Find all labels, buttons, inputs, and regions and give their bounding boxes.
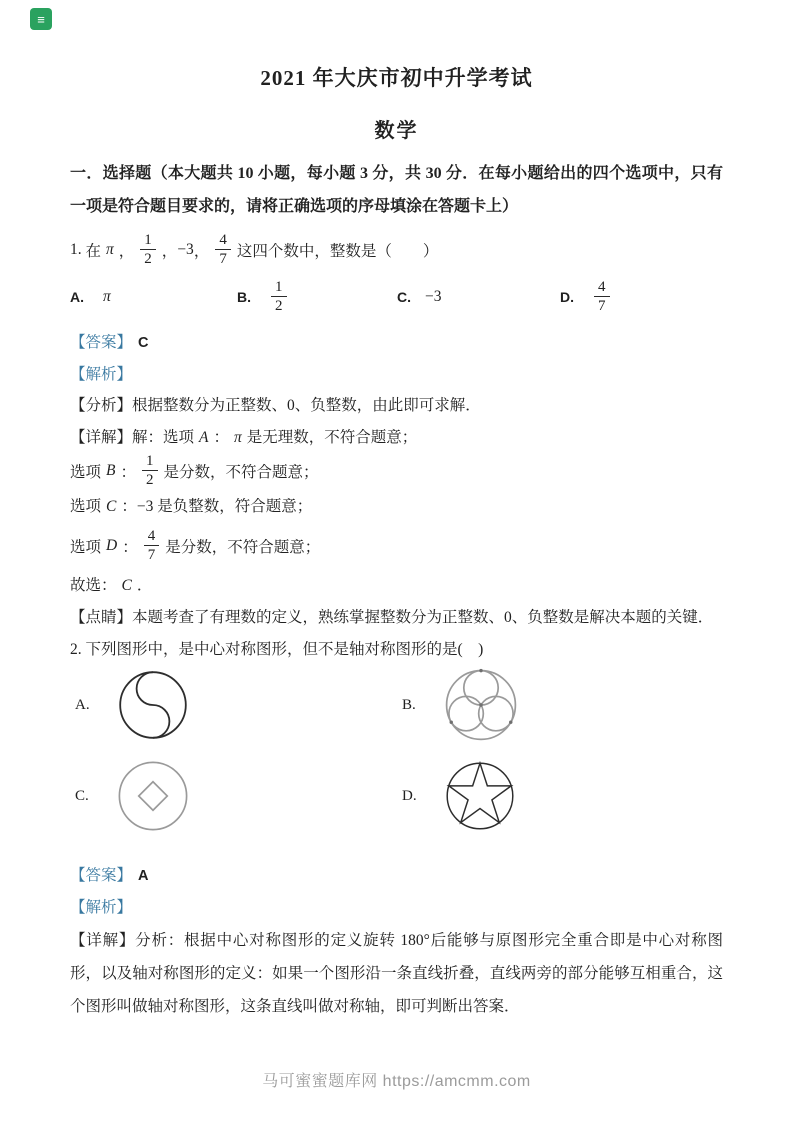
guxuan-var: C [122, 577, 132, 594]
q2-detail-paragraph: 【详解】分析：根据中心对称图形的定义旋转 180°后能够与原图形完全重合即是中心… [70, 924, 723, 1023]
q2-figure-row-1: A. B. [70, 662, 723, 748]
q1-minus-three: −3 [177, 241, 194, 259]
answer-tag: 【答案】 [70, 867, 132, 884]
q1-option-b: B. 1 2 [237, 278, 397, 315]
q1-option-c: C. −3 [397, 288, 560, 306]
q1-number: 1. [70, 241, 82, 259]
fraction-denominator: 2 [140, 250, 156, 268]
q1-detail-line-a: 【详解】解：选项A：π是无理数，不符合题意； [70, 426, 723, 450]
option-d-label: D. [560, 289, 574, 305]
figure-c-label: C. [75, 788, 89, 805]
q1-stem-pre: 在 [82, 239, 101, 261]
exam-document-page: ≡ 2021 年大庆市初中升学考试 数学 一．选择题（本大题共 10 小题，每小… [0, 0, 793, 1122]
jiexi-tag: 【解析】 [70, 366, 132, 383]
trefoil-figure [438, 662, 524, 748]
q2-jiexi-line: 【解析】 [70, 896, 723, 920]
q1-line-b-var: B [106, 462, 115, 480]
question-2-stem: 2. 下列图形中，是中心对称图形，但不是轴对称图形的是( ) [70, 638, 723, 662]
option-d-fraction: 4 7 [594, 278, 610, 315]
q1-line-d-var: D [106, 537, 117, 555]
q2-figure-c: C. [70, 754, 397, 838]
dianjing-tag: 【点睛】 [70, 609, 132, 626]
q1-line-d-colon: ： [122, 535, 138, 557]
q1-fenxi-line: 【分析】根据整数分为正整数、0、负整数，由此即可求解． [70, 394, 723, 418]
s-curve [136, 672, 169, 738]
top-dot [479, 669, 482, 672]
q1-line-c-rest: 是负整数，符合题意； [153, 498, 312, 515]
q1-conclusion-line: 故选：C． [70, 574, 723, 598]
q1-comma3: ， [194, 239, 210, 261]
fraction-denominator: 7 [215, 250, 231, 268]
site-footer: 马可蜜蜜题库网 https://amcmm.com [0, 1068, 793, 1091]
q1-dianjing-line: 【点睛】本题考查了有理数的定义，熟练掌握整数分为正整数、0、负整数是解决本题的关… [70, 606, 723, 630]
fenxi-tag: 【分析】 [70, 397, 132, 414]
q1-line-c-var: C [106, 498, 116, 515]
fraction-numerator: 4 [144, 527, 160, 546]
option-b-fraction: 1 2 [271, 278, 287, 315]
q1-detail-line-d: 选项 D ： 4 7 是分数，不符合题意； [70, 527, 723, 564]
q1-stem-post: 这四个数中，整数是（ ） [237, 239, 439, 261]
center-dot [479, 703, 482, 706]
q1-line-b-rest: 是分数，不符合题意； [164, 460, 319, 482]
page-title: 2021 年大庆市初中升学考试 [70, 0, 723, 92]
q1-fenxi-text: 根据整数分为正整数、0、负整数，由此即可求解． [132, 397, 481, 414]
fraction-denominator: 2 [271, 297, 287, 315]
fraction-denominator: 2 [142, 471, 158, 489]
outer-circle [447, 763, 513, 829]
fraction-denominator: 7 [594, 297, 610, 315]
q1-fraction-one-half: 1 2 [140, 231, 156, 268]
q1-option-d: D. 4 7 [560, 278, 616, 315]
q1-line-a-pre: 解：选项 [132, 429, 194, 446]
q2-answer-line: 【答案】A [70, 864, 723, 888]
q1-fraction-four-sevenths: 4 7 [215, 231, 231, 268]
xiangjie-tag: 【详解】 [70, 932, 135, 949]
star-figure [439, 755, 521, 837]
question-1-stem: 1. 在 π ， 1 2 ， −3 ， 4 7 这四个数中，整数是（ ） [70, 231, 723, 268]
petal-circle-top [464, 671, 498, 705]
q2-detail-text: 分析：根据中心对称图形的定义旋转 180°后能够与原图形完全重合即是中心对称图形… [70, 932, 723, 1015]
option-b-label: B. [237, 289, 251, 305]
q1-line-c-value: −3 [137, 498, 154, 515]
q1-detail-line-b: 选项 B ： 1 2 是分数，不符合题意； [70, 452, 723, 489]
inner-diamond [138, 782, 167, 811]
q1-answer-line: 【答案】C [70, 331, 723, 355]
q1-line-b-pre: 选项 [70, 460, 101, 482]
q1-line-d-fraction: 4 7 [144, 527, 160, 564]
q1-comma1: ， [119, 239, 135, 261]
q1-option-a: A. π [70, 288, 237, 306]
q1-options-row: A. π B. 1 2 C. −3 D. 4 7 [70, 278, 723, 315]
q1-line-b-colon: ： [120, 460, 136, 482]
document-badge-icon: ≡ [30, 8, 52, 30]
q1-line-b-fraction: 1 2 [142, 452, 158, 489]
figure-a-label: A. [75, 697, 90, 714]
left-dot [449, 720, 452, 723]
q1-dianjing-text: 本题考查了有理数的定义，熟练掌握整数分为正整数、0、负整数是解决本题的关键． [132, 609, 713, 626]
q1-line-d-pre: 选项 [70, 535, 101, 557]
q2-figure-a: A. [70, 663, 397, 747]
jiexi-tag: 【解析】 [70, 899, 132, 916]
figure-d-label: D. [402, 788, 417, 805]
guxuan-end: ． [137, 577, 153, 594]
q1-line-d-rest: 是分数，不符合题意； [165, 535, 320, 557]
coin-figure [111, 754, 195, 838]
q2-figure-b: B. [397, 662, 524, 748]
section-heading: 一．选择题（本大题共 10 小题，每小题 3 分，共 30 分．在每小题给出的四… [70, 157, 723, 223]
fraction-numerator: 1 [271, 278, 287, 297]
q1-jiexi-line: 【解析】 [70, 363, 723, 387]
q1-pi-symbol: π [106, 241, 114, 259]
q1-line-c-pre: 选项 [70, 498, 101, 515]
answer-tag: 【答案】 [70, 334, 132, 351]
q1-line-a-colon: ： [214, 429, 230, 446]
option-a-value: π [103, 288, 111, 306]
q2-figure-d: D. [397, 755, 521, 837]
option-c-label: C. [397, 289, 411, 305]
q1-line-a-var: A [199, 429, 208, 446]
option-a-label: A. [70, 289, 84, 305]
q1-line-c-colon: ： [121, 498, 137, 515]
fraction-numerator: 1 [140, 231, 156, 250]
q2-figure-row-2: C. D. [70, 754, 723, 838]
fraction-numerator: 1 [142, 452, 158, 471]
fraction-denominator: 7 [144, 546, 160, 564]
q1-comma2: ， [162, 239, 178, 261]
fraction-numerator: 4 [215, 231, 231, 250]
fraction-numerator: 4 [594, 278, 610, 297]
q1-detail-line-c: 选项C：−3 是负整数，符合题意； [70, 495, 723, 519]
q2-answer-value: A [138, 868, 148, 884]
page-subject: 数学 [70, 114, 723, 143]
option-c-value: −3 [425, 288, 442, 306]
q1-answer-value: C [138, 335, 148, 351]
q1-line-a-pi: π [234, 429, 242, 446]
yin-yang-figure [112, 663, 194, 747]
q1-line-a-rest: 是无理数，不符合题意； [247, 429, 418, 446]
right-dot [509, 720, 512, 723]
xiangjie-tag: 【详解】 [70, 429, 132, 446]
outer-circle [119, 762, 186, 829]
guxuan-pre: 故选： [70, 577, 117, 594]
figure-b-label: B. [402, 697, 416, 714]
